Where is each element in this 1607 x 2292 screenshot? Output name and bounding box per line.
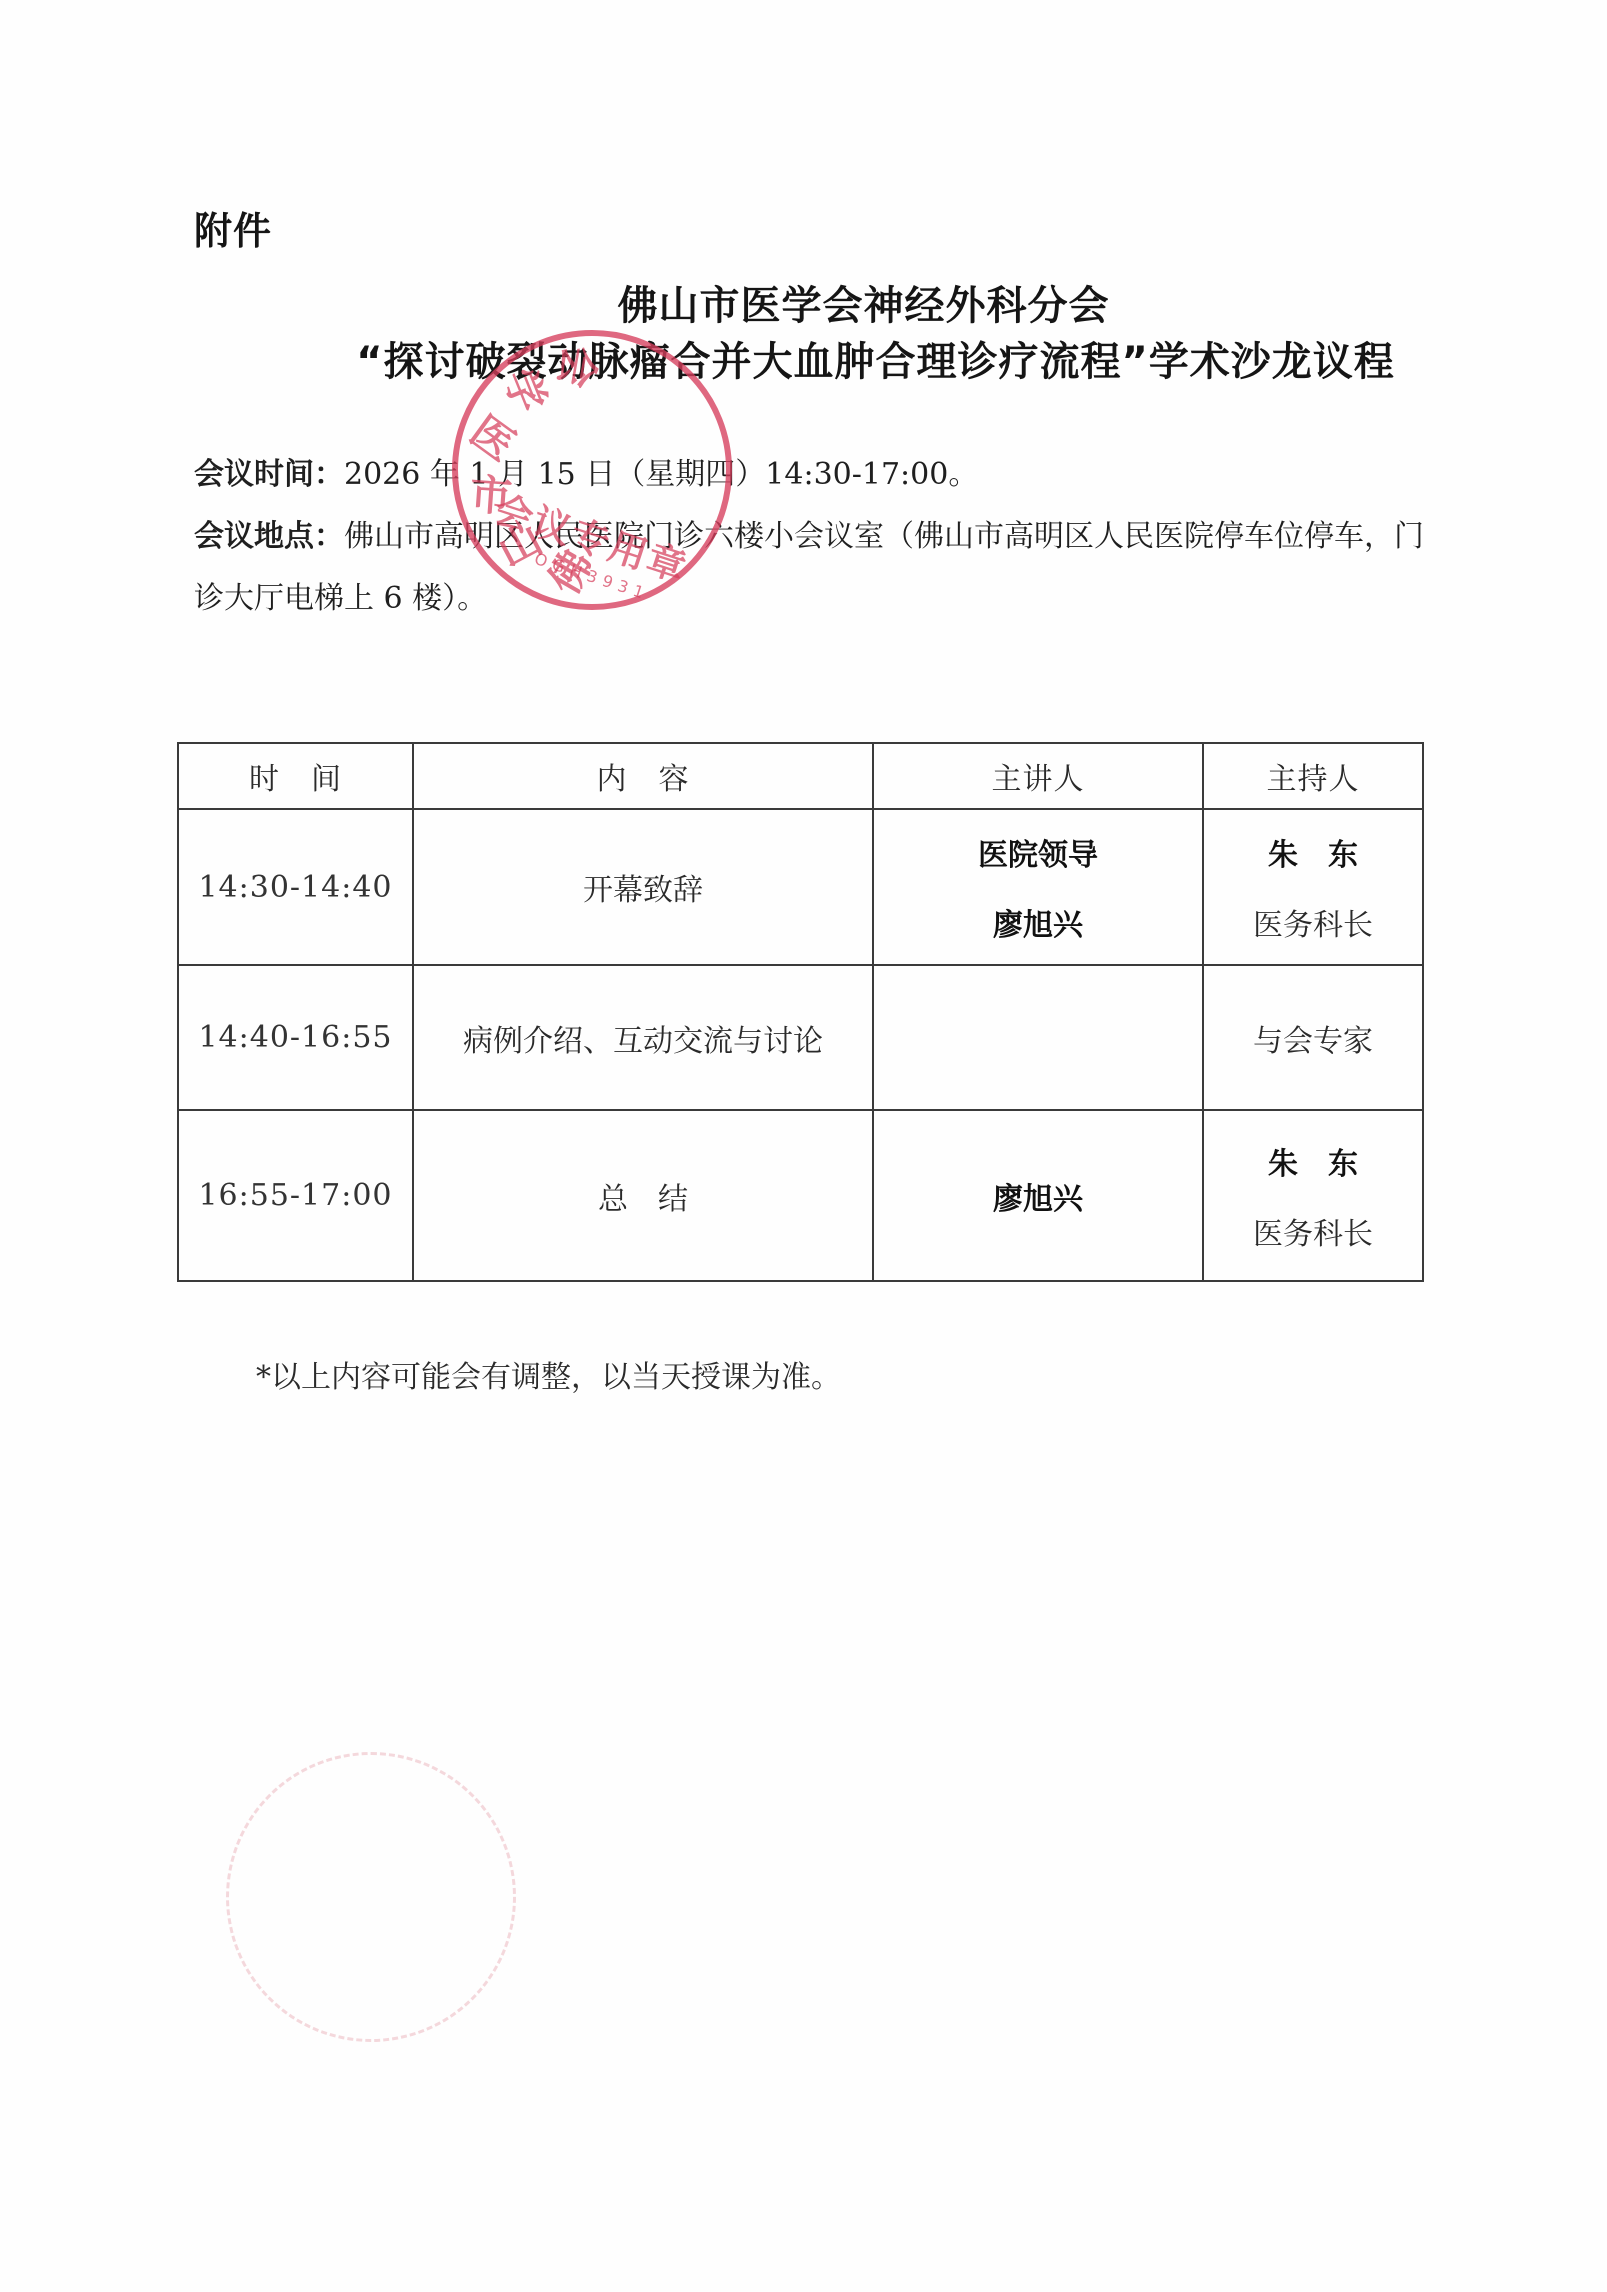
document-title-event: “探讨破裂动脉瘤合并大血肿合理诊疗流程”学术沙龙议程 <box>72 330 1607 387</box>
adjustment-note: *以上内容可能会有调整，以当天授课为准。 <box>256 1352 841 1396</box>
row-host: 朱 东 医务科长 <box>1203 1110 1423 1281</box>
faint-seal-stamp <box>226 1752 516 2042</box>
agenda-header-row: 时 间 内 容 主讲人 主持人 <box>178 743 1423 809</box>
meeting-venue-value: 佛山市高明区人民医院门诊六楼小会议室（佛山市高明区人民医院停车位停车，门诊大厅电… <box>194 519 1424 616</box>
speaker-name: 廖旭兴 <box>993 1182 1083 1217</box>
meeting-time-label: 会议时间： <box>194 457 344 492</box>
row-speaker <box>873 965 1203 1110</box>
host-title: 医务科长 <box>1253 1209 1373 1253</box>
header-host: 主持人 <box>1203 743 1423 809</box>
row-host: 朱 东 医务科长 <box>1203 809 1423 965</box>
host-name: 朱 东 <box>1268 1139 1358 1183</box>
row-host: 与会专家 <box>1203 965 1423 1110</box>
row-content: 开幕致辞 <box>413 809 873 965</box>
host-name: 朱 东 <box>1268 830 1358 874</box>
row-speaker: 医院领导 廖旭兴 <box>873 809 1203 965</box>
table-row: 16:55-17:00 总 结 廖旭兴 朱 东 医务科长 <box>178 1110 1423 1281</box>
attachment-label: 附件 <box>194 200 272 255</box>
meeting-venue: 会议地点：佛山市高明区人民医院门诊六楼小会议室（佛山市高明区人民医院停车位停车，… <box>194 506 1424 630</box>
row-speaker: 廖旭兴 <box>873 1110 1203 1281</box>
header-time: 时 间 <box>178 743 413 809</box>
document-title-org: 佛山市医学会神经外科分会 <box>60 274 1607 331</box>
row-time: 16:55-17:00 <box>178 1110 413 1281</box>
speaker-name: 医院领导 <box>978 830 1098 874</box>
row-time: 14:40-16:55 <box>178 965 413 1110</box>
meeting-time-value: 2026 年 1 月 15 日（星期四）14:30-17:00。 <box>344 457 978 492</box>
header-content: 内 容 <box>413 743 873 809</box>
table-row: 14:30-14:40 开幕致辞 医院领导 廖旭兴 朱 东 医务科长 <box>178 809 1423 965</box>
agenda-table: 时 间 内 容 主讲人 主持人 14:30-14:40 开幕致辞 医院领导 廖旭… <box>177 742 1424 1282</box>
document-page: 附件 佛山市医学会神经外科分会 “探讨破裂动脉瘤合并大血肿合理诊疗流程”学术沙龙… <box>0 0 1607 2292</box>
header-speaker: 主讲人 <box>873 743 1203 809</box>
row-content: 总 结 <box>413 1110 873 1281</box>
host-title: 医务科长 <box>1253 900 1373 944</box>
table-row: 14:40-16:55 病例介绍、互动交流与讨论 与会专家 <box>178 965 1423 1110</box>
meeting-time: 会议时间：2026 年 1 月 15 日（星期四）14:30-17:00。 <box>194 444 1424 506</box>
meeting-venue-label: 会议地点： <box>194 519 344 554</box>
row-time: 14:30-14:40 <box>178 809 413 965</box>
host-title: 与会专家 <box>1253 1024 1373 1059</box>
row-content: 病例介绍、互动交流与讨论 <box>413 965 873 1110</box>
speaker-name: 廖旭兴 <box>993 900 1083 944</box>
